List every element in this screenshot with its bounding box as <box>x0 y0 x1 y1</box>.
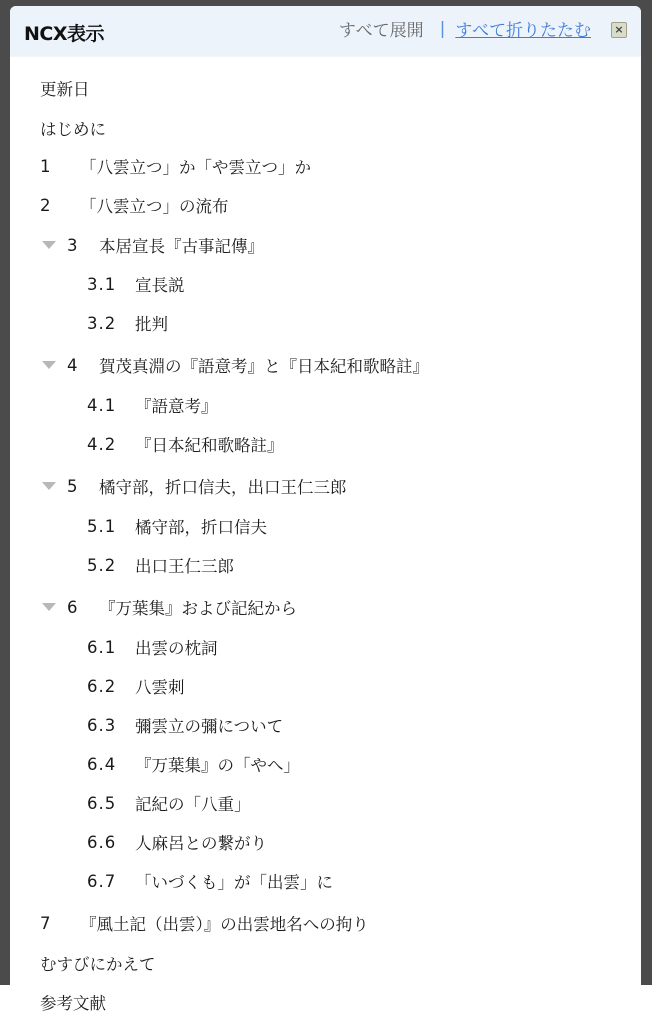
toc-number: 6.2 <box>87 677 135 696</box>
toc-number: 6 <box>67 598 99 617</box>
expanded-triangle-icon[interactable] <box>42 361 56 369</box>
toc-number: 6.1 <box>87 638 135 657</box>
toc-label: 『日本紀和歌略註』 <box>135 432 284 456</box>
toc-label: 宣長説 <box>135 272 185 296</box>
close-button[interactable]: × <box>611 22 627 38</box>
toc-number: 7 <box>40 914 80 933</box>
toc-number: 6.3 <box>87 716 135 735</box>
toc-number: 2 <box>40 196 80 215</box>
toc-number: 5.2 <box>87 556 135 575</box>
toc-label: 「八雲立つ」の流布 <box>80 193 229 217</box>
toc-subitem[interactable]: 3.2批判 <box>87 308 168 338</box>
toc-subitem[interactable]: 4.2『日本紀和歌略註』 <box>87 429 284 459</box>
toc-label: はじめに <box>40 116 106 140</box>
toc-number: 5 <box>67 477 99 496</box>
toc-item-expandable[interactable]: 4賀茂真淵の『語意考』と『日本紀和歌略註』 <box>10 350 641 380</box>
toc-label: 人麻呂との繋がり <box>135 830 267 854</box>
toc-item[interactable]: 7『風土記（出雲）』の出雲地名への拘り <box>40 908 369 938</box>
toc-label: 「いづくも」が「出雲」に <box>135 869 333 893</box>
toc-subitem[interactable]: 5.2出口王仁三郎 <box>87 550 234 580</box>
toc-subitem[interactable]: 6.1出雲の枕詞 <box>87 632 218 662</box>
toc-label: 記紀の「八重」 <box>135 791 251 815</box>
toc-number: 1 <box>40 157 80 176</box>
toc-subitem[interactable]: 4.1『語意考』 <box>87 390 218 420</box>
expanded-triangle-icon[interactable] <box>42 603 56 611</box>
toc-label: 批判 <box>135 311 168 335</box>
toc-subitem[interactable]: 6.4『万葉集』の「やへ」 <box>87 749 300 779</box>
toc-number: 6.7 <box>87 872 135 891</box>
toc-label: むすびにかえて <box>40 951 156 975</box>
toc-label: 出雲の枕詞 <box>135 635 218 659</box>
separator: | <box>440 19 446 39</box>
toc-label: 「八雲立つ」か「や雲立つ」か <box>80 154 311 178</box>
toc-item-expandable[interactable]: 5橘守部，折口信夫，出口王仁三郎 <box>10 471 641 501</box>
toc-number: 4 <box>67 356 99 375</box>
ncx-dialog: NCX表示 すべて展開 | すべて折りたたむ × 更新日 はじめに 1「八雲立つ… <box>10 6 641 1024</box>
toc-number: 5.1 <box>87 517 135 536</box>
toc-subitem[interactable]: 6.7「いづくも」が「出雲」に <box>87 866 333 896</box>
header-actions: すべて展開 | すべて折りたたむ <box>339 16 591 41</box>
toc-number: 3 <box>67 236 99 255</box>
toc-subitem[interactable]: 6.6人麻呂との繋がり <box>87 827 267 857</box>
toc-subitem[interactable]: 6.2八雲刺 <box>87 671 185 701</box>
expanded-triangle-icon[interactable] <box>42 482 56 490</box>
toc-item[interactable]: 更新日 <box>40 73 90 103</box>
toc-item-expandable[interactable]: 6『万葉集』および記紀から <box>10 592 641 622</box>
dialog-header: NCX表示 すべて展開 | すべて折りたたむ × <box>10 6 641 57</box>
toc-label: 『語意考』 <box>135 393 218 417</box>
toc-label: 八雲刺 <box>135 674 185 698</box>
toc-number: 4.2 <box>87 435 135 454</box>
toc-item[interactable]: 2「八雲立つ」の流布 <box>40 190 229 220</box>
dialog-title: NCX表示 <box>24 19 104 46</box>
toc-label: 橘守部，折口信夫 <box>135 514 267 538</box>
toc-label: 橘守部，折口信夫，出口王仁三郎 <box>99 474 347 498</box>
toc-item[interactable]: 1「八雲立つ」か「や雲立つ」か <box>40 151 311 181</box>
toc-number: 4.1 <box>87 396 135 415</box>
toc-label: 『万葉集』の「やへ」 <box>135 752 300 776</box>
toc-label: 更新日 <box>40 76 90 100</box>
toc-subitem[interactable]: 6.5記紀の「八重」 <box>87 788 251 818</box>
toc-item[interactable]: はじめに <box>40 113 106 143</box>
toc-subitem[interactable]: 3.1宣長説 <box>87 269 185 299</box>
toc-item-expandable[interactable]: 3本居宣長『古事記傳』 <box>10 230 641 260</box>
expanded-triangle-icon[interactable] <box>42 241 56 249</box>
toc-label: 『風土記（出雲）』の出雲地名への拘り <box>80 911 369 935</box>
toc-subitem[interactable]: 6.3彌雲立の彌について <box>87 710 283 740</box>
close-icon: × <box>614 23 623 36</box>
toc-label: 彌雲立の彌について <box>135 713 283 737</box>
toc-item[interactable]: 参考文献 <box>40 987 106 1017</box>
toc-number: 3.2 <box>87 314 135 333</box>
toc-subitem[interactable]: 5.1橘守部，折口信夫 <box>87 511 267 541</box>
toc-label: 本居宣長『古事記傳』 <box>99 233 264 257</box>
toc-number: 3.1 <box>87 275 135 294</box>
toc-number: 6.6 <box>87 833 135 852</box>
toc-number: 6.5 <box>87 794 135 813</box>
toc-item[interactable]: むすびにかえて <box>40 948 156 978</box>
toc-label: 出口王仁三郎 <box>135 553 234 577</box>
collapse-all-link[interactable]: すべて折りたたむ <box>455 16 591 41</box>
expand-all-button[interactable]: すべて展開 <box>339 16 424 41</box>
toc-number: 6.4 <box>87 755 135 774</box>
toc-label: 『万葉集』および記紀から <box>99 595 297 619</box>
toc-label: 参考文献 <box>40 990 106 1014</box>
toc-label: 賀茂真淵の『語意考』と『日本紀和歌略註』 <box>99 353 429 377</box>
